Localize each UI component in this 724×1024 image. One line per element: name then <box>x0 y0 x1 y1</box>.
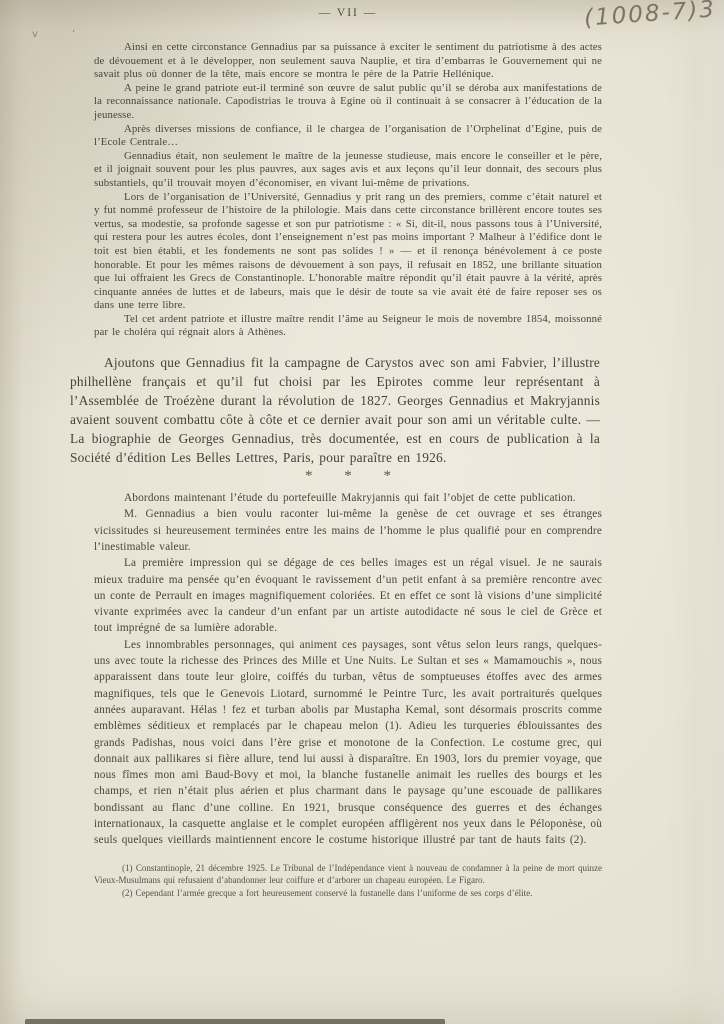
page-number: — VII — <box>94 0 602 19</box>
footnote-1: (1) Constantinople, 21 décembre 1925. Le… <box>94 862 602 888</box>
scan-edge-artifact <box>25 1019 445 1024</box>
paragraph-maitre-jeunesse: Gennadius était, non seulement le maître… <box>94 150 602 191</box>
handwritten-annotation: (1008-7)3 <box>583 0 717 32</box>
paragraph-premiere-impression: La première impression qui se dégage de … <box>94 555 602 636</box>
pencil-mark: ’ <box>72 29 75 40</box>
paragraph-personnages-costumes: Les innombrables personnages, qui animen… <box>94 637 602 849</box>
section-gennadius-biography: Ainsi en cette circonstance Gennadius pa… <box>94 41 602 340</box>
footnotes: (1) Constantinople, 21 décembre 1925. Le… <box>94 862 602 900</box>
paragraph-abordons: Abordons maintenant l’étude du portefeui… <box>94 490 602 506</box>
footnote-2: (2) Cependant l’armée grecque a fort heu… <box>94 887 602 900</box>
section-makryjannis-portfolio: Abordons maintenant l’étude du portefeui… <box>94 490 602 849</box>
scanned-book-page: v ’ (1008-7)3 — VII — Ainsi en cette cir… <box>0 0 724 1024</box>
paragraph-addendum-fabvier: Ajoutons que Gennadius fit la campagne d… <box>70 353 600 467</box>
text-column: — VII — Ainsi en cette circonstance Genn… <box>94 0 602 900</box>
asterisk-separator: * * * <box>94 468 602 485</box>
paragraph-genese: M. Gennadius a bien voulu raconter lui-m… <box>94 506 602 555</box>
paragraph-circonstance: Ainsi en cette circonstance Gennadius pa… <box>94 41 602 82</box>
paragraph-universite: Lors de l’organisation de l’Université, … <box>94 191 602 313</box>
paragraph-mort-1854: Tel cet ardent patriote et illustre maît… <box>94 313 602 340</box>
paragraph-missions: Après diverses missions de confiance, il… <box>94 123 602 150</box>
pencil-mark: v <box>32 29 38 40</box>
paragraph-salut-public: A peine le grand patriote eut-il terminé… <box>94 82 602 123</box>
